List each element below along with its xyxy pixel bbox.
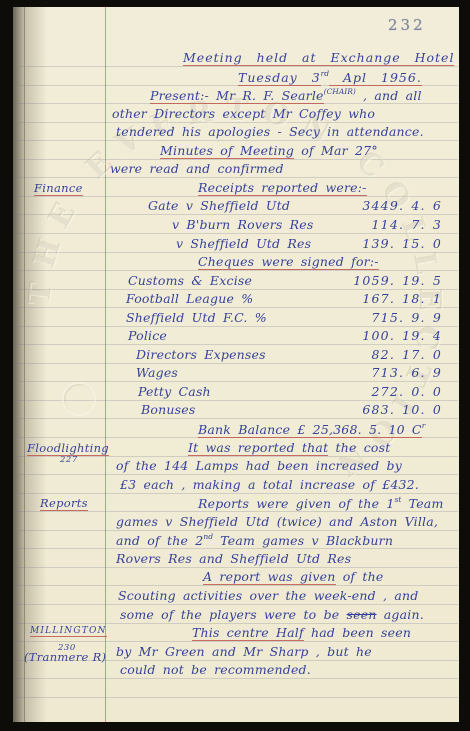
manuscript-line: Rovers Res and Sheffield Utd Res	[116, 551, 351, 568]
text-segment: Minutes of Meeting	[160, 143, 294, 159]
text-segment: Football League %	[126, 291, 253, 306]
margin-note: 227	[60, 455, 78, 471]
text-segment: had been seen	[304, 625, 411, 640]
text-segment: Cheques were signed for:-	[198, 254, 379, 270]
text-segment: Rovers Res and Sheffield Utd Res	[116, 551, 351, 566]
text-segment: Reports were given of the 1	[198, 496, 395, 511]
ruled-line	[17, 697, 458, 698]
page-edge-line	[24, 7, 25, 722]
text-segment: Sheffield Utd F.C. %	[126, 310, 267, 325]
manuscript-line: by Mr Green and Mr Sharp , but he	[116, 644, 372, 661]
text-segment: and of the 2	[116, 533, 203, 548]
ruled-line	[17, 344, 458, 345]
margin-note-label: Reports	[40, 496, 88, 511]
margin-note: Finance	[34, 181, 83, 197]
text-segment: could not be recommended.	[120, 662, 311, 677]
amount-value: 82. 17. 0	[332, 347, 442, 362]
margin-note-label: MILLINGTON	[30, 626, 107, 637]
text-segment: by Mr Green and Mr Sharp , but he	[116, 644, 372, 659]
scanned-minute-book-page: THE EVERTON COLLECTION THE EVERTON COLLE…	[0, 0, 470, 731]
text-segment: It was reported that	[188, 440, 328, 456]
text-segment: some of the players were to be	[120, 607, 347, 622]
manuscript-line: Directors Expenses82. 17. 0	[136, 347, 266, 364]
manuscript-line: Cheques were signed for:-	[198, 254, 379, 271]
amount-value: 272. 0. 0	[332, 384, 442, 399]
manuscript-line: v Sheffield Utd Res139. 15. 0	[176, 236, 311, 253]
ruled-line	[17, 381, 458, 382]
text-segment: of the	[336, 569, 384, 584]
text-segment: Petty Cash	[138, 384, 211, 399]
text-segment: Police	[128, 328, 167, 343]
text-segment: Present:- Mr R. F. Searle	[150, 88, 324, 104]
margin-note: (Tranmere R)	[24, 650, 106, 666]
manuscript-line: Reports were given of the 1st Team	[198, 495, 444, 512]
text-segment: nd	[203, 532, 213, 541]
manuscript-line: A report was given of the	[203, 569, 384, 586]
amount-value: 114. 7. 3	[332, 217, 442, 232]
text-segment: Tuesday 3	[238, 70, 321, 86]
text-segment: Directors Expenses	[136, 347, 266, 362]
manuscript-line: games v Sheffield Utd (twice) and Aston …	[116, 514, 438, 531]
text-segment: Receipts reported were:-	[198, 180, 367, 196]
manuscript-line: some of the players were to be seen agai…	[120, 607, 424, 624]
text-segment: tendered his apologies - Secy in attenda…	[116, 124, 424, 139]
text-segment: A report was given	[203, 569, 336, 585]
manuscript-line: Bank Balance £ 25,368. 5. 10 Cr	[198, 421, 425, 438]
text-segment: again.	[377, 607, 424, 622]
manuscript-line: Meeting held at Exchange Hotel	[183, 50, 454, 67]
text-segment: games v Sheffield Utd (twice) and Aston …	[116, 514, 438, 529]
manuscript-line: v B'burn Rovers Res114. 7. 3	[172, 217, 314, 234]
manuscript-line: other Directors except Mr Coffey who	[112, 106, 375, 123]
text-segment: Bonuses	[141, 402, 195, 417]
text-segment: Gate v Sheffield Utd	[148, 198, 290, 213]
amount-value: 715. 9. 9	[332, 310, 442, 325]
margin-note-label: Floodlighting	[27, 441, 109, 456]
manuscript-line: were read and confirmed	[110, 161, 284, 178]
ruled-line	[17, 418, 458, 419]
manuscript-line: Minutes of Meeting of Mar 27°	[160, 143, 378, 160]
margin-note: Reports	[40, 496, 88, 512]
amount-value: 100. 19. 4	[332, 328, 442, 343]
manuscript-line: tendered his apologies - Secy in attenda…	[116, 124, 424, 141]
text-segment: Apl 1956.	[329, 70, 422, 86]
manuscript-line: Petty Cash272. 0. 0	[138, 384, 211, 401]
manuscript-line: Police100. 19. 4	[128, 328, 167, 345]
text-segment: Team	[401, 496, 443, 511]
manuscript-line: Football League %167. 18. 1	[126, 291, 253, 308]
amount-value: 139. 15. 0	[332, 236, 442, 251]
text-segment: were read and confirmed	[110, 161, 284, 176]
text-segment: Team games v Blackburn	[213, 533, 393, 548]
manuscript-line: Bonuses683. 10. 0	[141, 402, 195, 419]
manuscript-line: It was reported that the cost	[188, 440, 390, 457]
text-segment: Customs & Excise	[128, 273, 252, 288]
manuscript-line: Wages713. 6. 9	[136, 365, 178, 382]
text-segment: r	[422, 421, 426, 430]
text-segment: Bank Balance £ 25,368. 5. 10 C	[198, 422, 422, 438]
amount-value: 167. 18. 1	[332, 291, 442, 306]
text-segment: Meeting held at Exchange Hotel	[183, 50, 454, 66]
text-segment: Wages	[136, 365, 178, 380]
manuscript-line: and of the 2nd Team games v Blackburn	[116, 532, 393, 549]
red-margin-line	[105, 7, 106, 722]
text-segment: other Directors except Mr Coffey who	[112, 106, 375, 121]
margin-note-label: 227	[60, 455, 78, 465]
text-segment: v B'burn Rovers Res	[172, 217, 314, 232]
manuscript-line: of the 144 Lamps had been increased by	[116, 458, 402, 475]
margin-note-label: Finance	[34, 181, 83, 196]
manuscript-line: Receipts reported were:-	[198, 180, 367, 197]
text-segment: (CHAIR)	[324, 87, 356, 96]
margin-note: MILLINGTON	[30, 626, 107, 642]
text-segment: , and all	[356, 88, 422, 103]
margin-note-label: (Tranmere R)	[24, 650, 106, 664]
text-segment: Scouting activities over the week-end , …	[118, 588, 418, 603]
text-segment: of Mar 27°	[294, 143, 378, 158]
text-segment: v Sheffield Utd Res	[176, 236, 311, 251]
manuscript-line: This centre Half had been seen	[192, 625, 411, 642]
text-segment: This centre Half	[192, 625, 304, 641]
manuscript-line: £3 each , making a total increase of £43…	[120, 477, 419, 494]
manuscript-line: could not be recommended.	[120, 662, 311, 679]
manuscript-line: Present:- Mr R. F. Searle(CHAIR) , and a…	[150, 87, 422, 104]
page-number: 232	[388, 16, 426, 34]
manuscript-line: Scouting activities over the week-end , …	[118, 588, 418, 605]
text-segment: of the 144 Lamps had been increased by	[116, 458, 402, 473]
text-segment: rd	[321, 69, 329, 78]
margin-note: Floodlighting	[27, 441, 109, 457]
amount-value: 3449. 4. 6	[332, 198, 442, 213]
manuscript-line: Gate v Sheffield Utd3449. 4. 6	[148, 198, 290, 215]
manuscript-line: Customs & Excise1059. 19. 5	[128, 273, 252, 290]
text-segment: £3 each , making a total increase of £43…	[120, 477, 419, 492]
manuscript-line: Tuesday 3rd Apl 1956.	[238, 69, 422, 86]
text-segment: the cost	[328, 440, 390, 455]
manuscript-line: Sheffield Utd F.C. %715. 9. 9	[126, 310, 267, 327]
amount-value: 1059. 19. 5	[332, 273, 442, 288]
amount-value: 713. 6. 9	[332, 365, 442, 380]
amount-value: 683. 10. 0	[332, 402, 442, 417]
text-segment: seen	[347, 607, 377, 622]
ruled-line	[17, 400, 458, 401]
